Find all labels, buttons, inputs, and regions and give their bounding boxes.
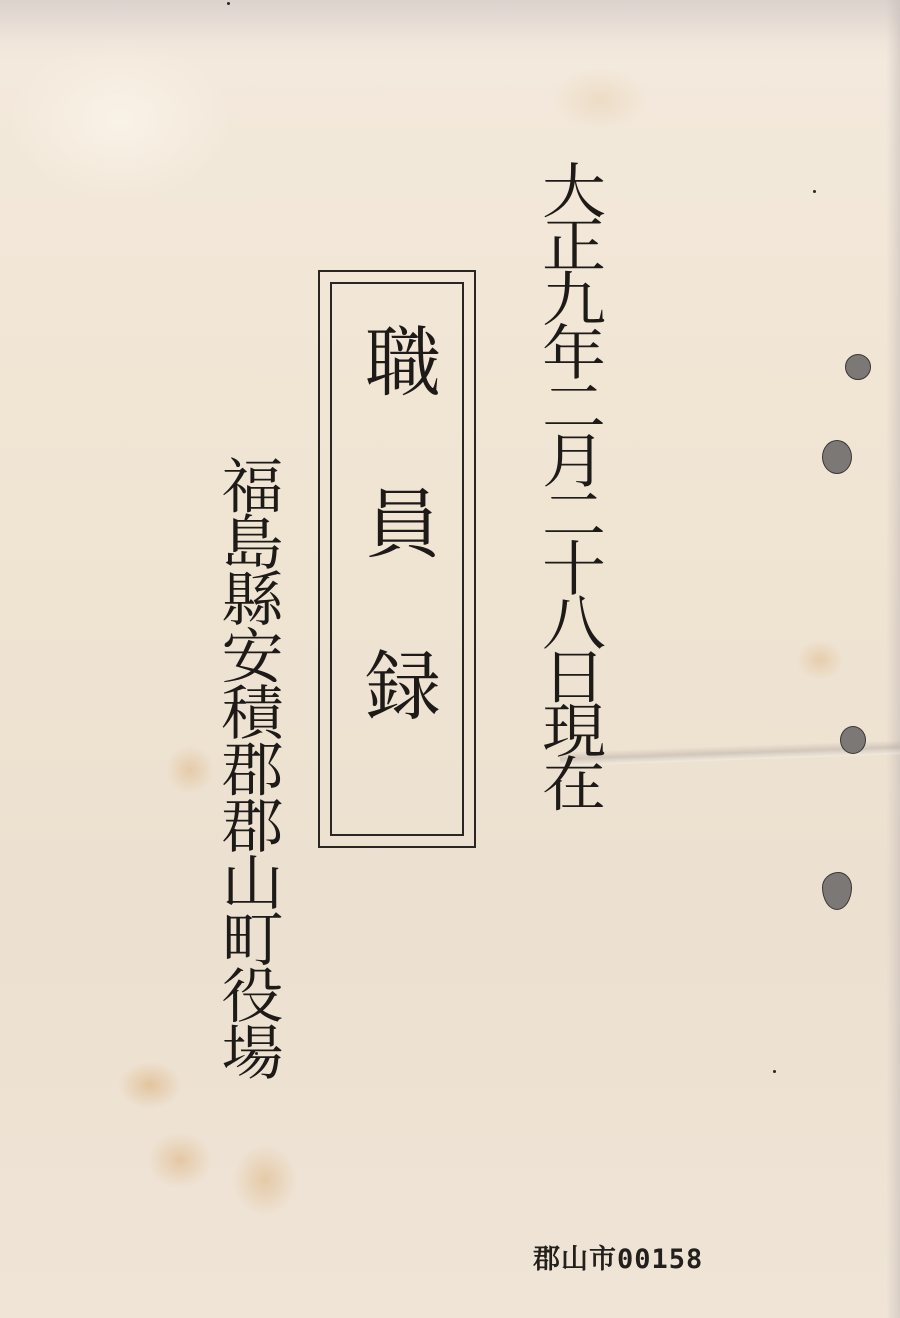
document-title: 職員録 <box>320 322 474 808</box>
punch-hole-icon <box>822 440 852 474</box>
punch-hole-icon <box>840 726 866 754</box>
archive-stamp: 郡山市00158 <box>533 1237 703 1276</box>
top-fold-shadow <box>0 0 900 40</box>
title-frame: 職員録 <box>318 270 476 848</box>
ink-speck <box>773 1070 776 1073</box>
document-page: 大正九年二月二十八日現在 職員録 福島縣安積郡郡山町役場 郡山市00158 <box>0 0 900 1318</box>
issuer-line: 福島縣安積郡郡山町役場 <box>198 455 278 1078</box>
punch-hole-icon <box>845 354 871 380</box>
ink-speck <box>227 2 230 5</box>
punch-hole-icon <box>822 872 852 910</box>
date-line: 大正九年二月二十八日現在 <box>520 160 600 807</box>
right-edge-shadow <box>886 0 900 1318</box>
ink-speck <box>813 190 816 193</box>
ink-speck <box>255 1052 258 1055</box>
